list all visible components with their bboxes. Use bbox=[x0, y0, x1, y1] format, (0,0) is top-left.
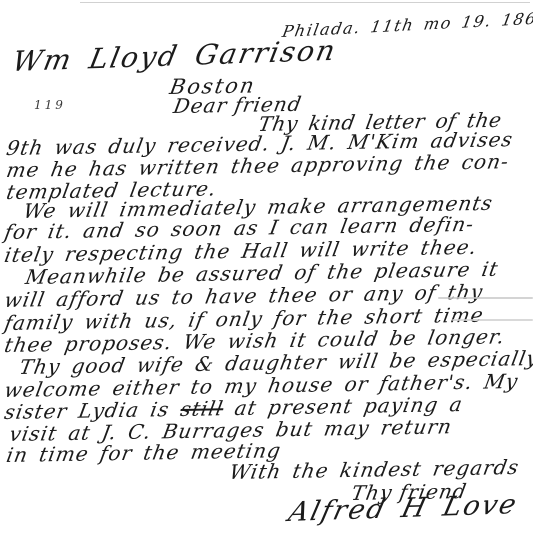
scan-edge-line bbox=[80, 2, 530, 3]
scanned-letter-page: Philada. 11th mo 19. 1863 Wm Lloyd Garri… bbox=[0, 0, 533, 535]
strikethrough-word: still bbox=[179, 396, 226, 421]
recipient-name: Wm Lloyd Garrison bbox=[10, 37, 339, 76]
signature: Alfred H Love bbox=[286, 491, 521, 526]
closing-line: With the kindest regards bbox=[228, 457, 521, 482]
margin-number: 119 bbox=[34, 99, 66, 111]
